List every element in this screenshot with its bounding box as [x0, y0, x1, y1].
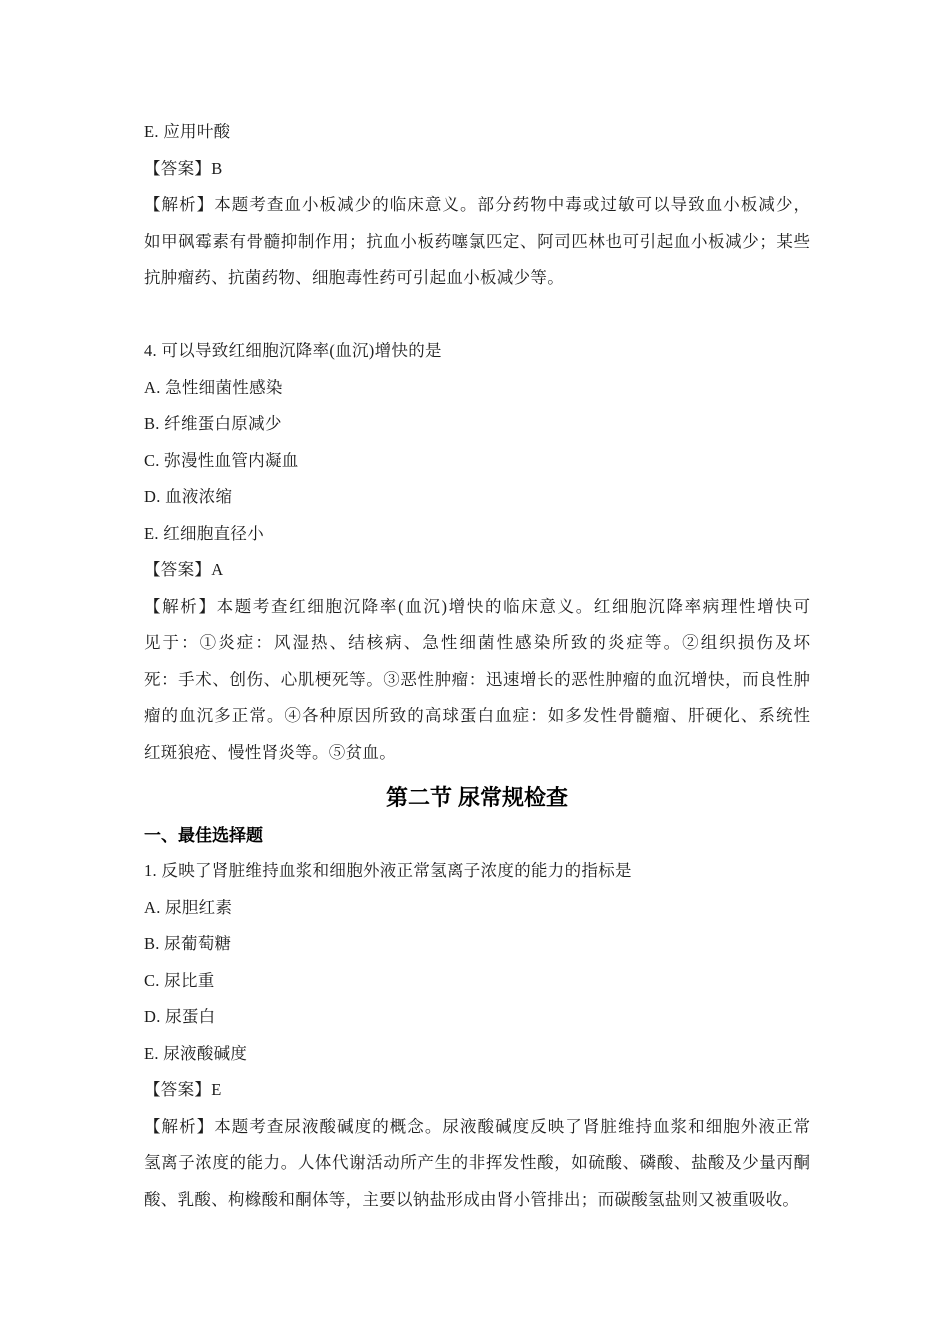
document-page: E. 应用叶酸【答案】B【解析】本题考查血小板减少的临床意义。部分药物中毒或过敏…	[0, 0, 950, 1344]
q1-analysis-line-3: 酸、乳酸、枸橼酸和酮体等，主要以钠盐形成由肾小管排出；而碳酸氢盐则又被重吸收。	[144, 1182, 810, 1219]
q3-analysis-line-2: 如甲砜霉素有骨髓抑制作用；抗血小板药噻氯匹定、阿司匹林也可引起血小板减少；某些	[144, 224, 810, 261]
q1-analysis-line-1: 【解析】本题考查尿液酸碱度的概念。尿液酸碱度反映了肾脏维持血浆和细胞外液正常	[144, 1109, 810, 1146]
document-body: E. 应用叶酸【答案】B【解析】本题考查血小板减少的临床意义。部分药物中毒或过敏…	[144, 114, 810, 1218]
q4-option-c: C. 弥漫性血管内凝血	[144, 443, 810, 480]
q3-option-e: E. 应用叶酸	[144, 114, 810, 151]
q4-stem: 4. 可以导致红细胞沉降率(血沉)增快的是	[144, 333, 810, 370]
q4-analysis-line-4: 瘤的血沉多正常。④各种原因所致的高球蛋白血症：如多发性骨髓瘤、肝硬化、系统性	[144, 698, 810, 735]
q1-answer: 【答案】E	[144, 1072, 810, 1109]
q4-analysis-line-5: 红斑狼疮、慢性肾炎等。⑤贫血。	[144, 735, 810, 772]
section-title: 第二节 尿常规检查	[144, 779, 810, 817]
q1-option-e: E. 尿液酸碱度	[144, 1036, 810, 1073]
q3-answer: 【答案】B	[144, 151, 810, 188]
q4-answer: 【答案】A	[144, 552, 810, 589]
question-type-heading: 一、最佳选择题	[144, 819, 810, 853]
q4-option-b: B. 纤维蛋白原减少	[144, 406, 810, 443]
q1-option-a: A. 尿胆红素	[144, 890, 810, 927]
q1-option-b: B. 尿葡萄糖	[144, 926, 810, 963]
q1-option-d: D. 尿蛋白	[144, 999, 810, 1036]
q1-analysis-line-2: 氢离子浓度的能力。人体代谢活动所产生的非挥发性酸，如硫酸、磷酸、盐酸及少量丙酮	[144, 1145, 810, 1182]
q4-analysis-line-1: 【解析】本题考查红细胞沉降率(血沉)增快的临床意义。红细胞沉降率病理性增快可	[144, 589, 810, 626]
q4-analysis-line-3: 死：手术、创伤、心肌梗死等。③恶性肿瘤：迅速增长的恶性肿瘤的血沉增快，而良性肿	[144, 662, 810, 699]
spacer	[144, 297, 810, 334]
q1-stem: 1. 反映了肾脏维持血浆和细胞外液正常氢离子浓度的能力的指标是	[144, 853, 810, 890]
q4-option-d: D. 血液浓缩	[144, 479, 810, 516]
q4-option-e: E. 红细胞直径小	[144, 516, 810, 553]
q3-analysis-line-3: 抗肿瘤药、抗菌药物、细胞毒性药可引起血小板减少等。	[144, 260, 810, 297]
q3-analysis-line-1: 【解析】本题考查血小板减少的临床意义。部分药物中毒或过敏可以导致血小板减少，	[144, 187, 810, 224]
q4-option-a: A. 急性细菌性感染	[144, 370, 810, 407]
q1-option-c: C. 尿比重	[144, 963, 810, 1000]
q4-analysis-line-2: 见于：①炎症：风湿热、结核病、急性细菌性感染所致的炎症等。②组织损伤及坏	[144, 625, 810, 662]
